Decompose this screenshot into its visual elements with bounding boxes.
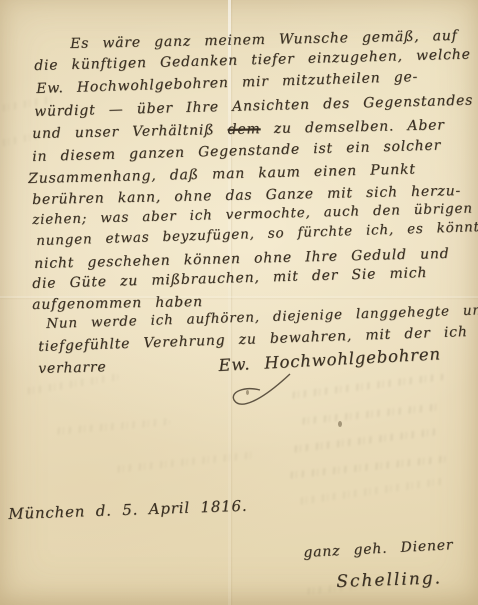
handwritten-line: aufgenommen haben xyxy=(32,294,203,313)
handwritten-line: Zusammenhang, daß man kaum einen Punkt xyxy=(28,162,416,187)
salutation-line: Ew. Hochwohlgebohren xyxy=(218,344,441,375)
ink-showthrough xyxy=(298,477,446,505)
salutation-flourish xyxy=(230,372,320,412)
ink-showthrough xyxy=(115,451,255,473)
line-segment: und unser Verhältniß xyxy=(32,122,215,142)
letter-page: Es wäre ganz meinem Wunsche gemäß, auf d… xyxy=(0,0,478,605)
struck-word: dem xyxy=(227,121,260,138)
ink-showthrough xyxy=(300,403,440,425)
ink-speck xyxy=(338,421,342,427)
line-segment: zu demselben. Aber xyxy=(274,117,445,137)
handwritten-line: würdigt — über Ihre Ansichten des Gegens… xyxy=(34,93,473,120)
dateline: München d. 5. April 1816. xyxy=(8,497,248,523)
ink-showthrough xyxy=(292,428,442,453)
handwritten-line: verharre xyxy=(38,359,107,377)
signature: Schelling. xyxy=(336,568,442,592)
ink-showthrough xyxy=(288,455,448,479)
ink-showthrough xyxy=(55,418,170,435)
closing-line: ganz geh. Diener xyxy=(303,537,454,561)
handwritten-line: in diesem ganzen Gegenstande ist ein sol… xyxy=(32,138,441,165)
